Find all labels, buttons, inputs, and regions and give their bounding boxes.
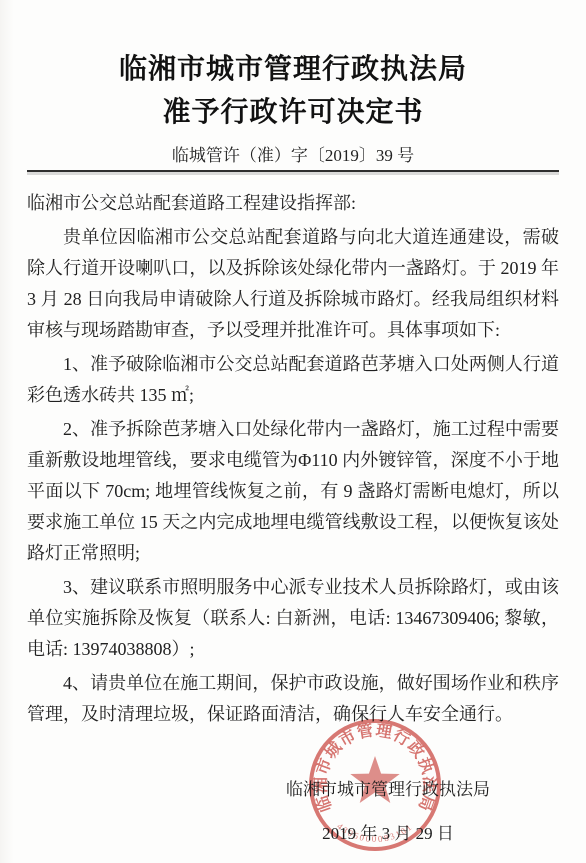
document-body: 临湘市公交总站配套道路工程建设指挥部: 贵单位因临湘市公交总站配套道路与向北大道… bbox=[27, 188, 559, 730]
paragraph-item-2: 2、准予拆除芭茅塘入口处绿化带内一盏路灯，施工过程中需要重新敷设地埋管线，要求电… bbox=[27, 414, 559, 569]
signature-block: 临湘市城市管理行政执法局 2019 年 3 月 29 日 bbox=[283, 776, 493, 848]
addressee-line: 临湘市公交总站配套道路工程建设指挥部: bbox=[27, 188, 559, 219]
doc-number-rule: 临城管许（准）字〔2019〕39 号 bbox=[27, 144, 559, 172]
paragraph-intro: 贵单位因临湘市公交总站配套道路与向北大道连通建设，需破除人行道开设喇叭口，以及拆… bbox=[27, 222, 559, 346]
doc-number: 临城管许（准）字〔2019〕39 号 bbox=[27, 144, 559, 168]
document-title-line2: 准予行政许可决定书 bbox=[27, 91, 559, 134]
paragraph-item-3: 3、建议联系市照明服务中心派专业技术人员拆除路灯，或由该单位实施拆除及恢复（联系… bbox=[27, 572, 559, 665]
document-title-line1: 临湘市城市管理行政执法局 bbox=[27, 0, 559, 91]
signature-date: 2019 年 3 月 29 日 bbox=[283, 820, 493, 848]
signature-org: 临湘市城市管理行政执法局 bbox=[283, 776, 493, 804]
paragraph-item-1: 1、准予破除临湘市公交总站配套道路芭茅塘入口处两侧人行道彩色透水砖共 135 ㎡… bbox=[27, 349, 559, 411]
document-page: 临湘市城市管理行政执法局 准予行政许可决定书 临城管许（准）字〔2019〕39 … bbox=[0, 0, 586, 863]
paragraph-item-4: 4、请贵单位在施工期间，保护市政设施，做好围场作业和秩序管理，及时清理垃圾，保证… bbox=[27, 668, 559, 730]
